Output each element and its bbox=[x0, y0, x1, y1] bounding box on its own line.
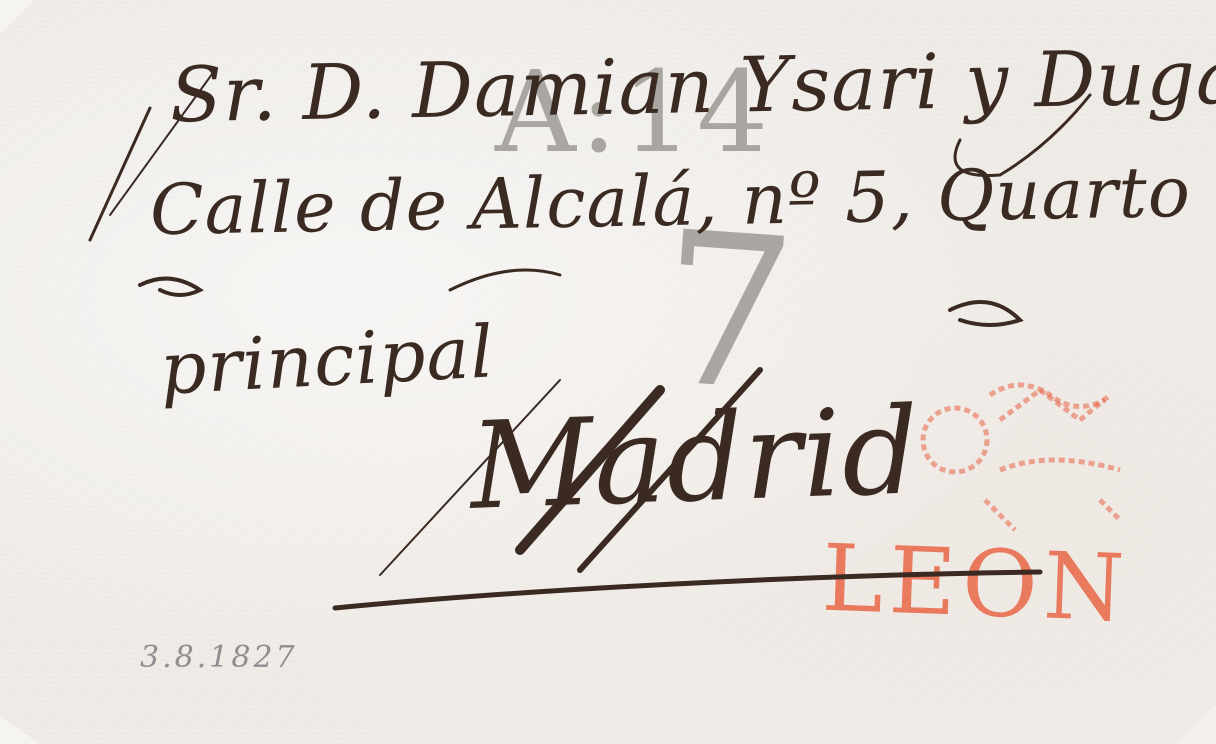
pen-flourishes bbox=[0, 0, 1216, 744]
letter-cover: A:14 7 LEON Sr. D. Damian Ysari y Dugart… bbox=[0, 0, 1216, 744]
pencil-date-note: 3.8.1827 bbox=[140, 640, 298, 675]
